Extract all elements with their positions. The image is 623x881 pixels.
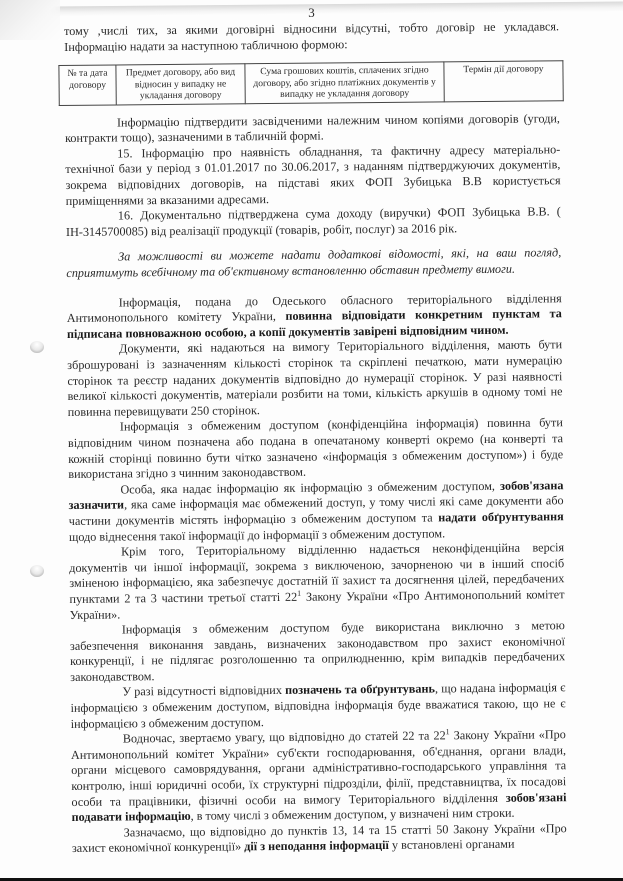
- text-span: У разі відсутності відповідних: [122, 683, 285, 699]
- confidential-paragraph: Інформація з обмеженим доступом (конфіде…: [68, 416, 564, 483]
- attention-paragraph: Водночас, звертаємо увагу, що відповідно…: [71, 727, 567, 825]
- liability-note-paragraph: Зазначаємо, що відповідно до пунктів 13,…: [72, 821, 567, 857]
- bold-text: позначень та обґрунтувань: [285, 682, 435, 697]
- punch-hole-icon: [30, 341, 44, 353]
- confirm-paragraph: Інформацію підтвердити засвідченими нале…: [65, 111, 560, 147]
- item-15: 15. Інформацію про наявність обладнання,…: [65, 142, 561, 209]
- text-span: Водночас, звертаємо увагу, що відповідно…: [123, 729, 446, 746]
- bold-text: дії з неподання інформації: [244, 838, 389, 853]
- restricted-person-paragraph: Особа, яка надає інформацію як інформаці…: [68, 478, 564, 545]
- item-16: 16. Документально підтверджена сума дохо…: [66, 204, 561, 240]
- scanned-page: 3 тому ,числі тих, за якими договірні ві…: [0, 0, 623, 881]
- text-span: у встановлені органами: [389, 837, 515, 852]
- table-header-cell: Предмет договору, або вид відносин у вип…: [116, 64, 245, 105]
- contracts-table: № та дата договору Предмет договору, або…: [58, 60, 563, 105]
- usage-paragraph: Інформація з обмеженим доступом буде вик…: [70, 618, 566, 685]
- document-body: тому ,числі тих, за якими договірні відн…: [64, 19, 567, 857]
- additional-info-note: За можливості ви можете надати додаткові…: [66, 246, 561, 282]
- punch-hole-icon: [30, 565, 44, 577]
- table-header-row: № та дата договору Предмет договору, або…: [59, 61, 563, 105]
- absence-paragraph: У разі відсутності відповідних позначень…: [70, 681, 565, 733]
- nonconfidential-paragraph: Крім того, Територіальному відділенню на…: [69, 540, 565, 623]
- intro-paragraph: тому ,числі тих, за якими договірні відн…: [64, 19, 559, 55]
- bold-text: надати обґрунтування: [438, 509, 564, 524]
- table-header-cell: Сума грошових коштів, сплачених згідно д…: [245, 62, 444, 103]
- documents-paragraph: Документи, які надаються на вимогу Терит…: [67, 338, 563, 421]
- table-header-cell: Термін дії договору: [444, 61, 563, 102]
- table-header-cell: № та дата договору: [59, 65, 116, 105]
- info-requirements-paragraph: Інформація, подана до Одеського обласног…: [67, 291, 562, 343]
- text-span: , в тому числі з обмеженим доступом, у в…: [191, 806, 515, 823]
- text-span: щодо віднесення такої інформації до інфо…: [69, 526, 445, 544]
- text-span: Особа, яка надає інформацію як інформаці…: [120, 479, 500, 497]
